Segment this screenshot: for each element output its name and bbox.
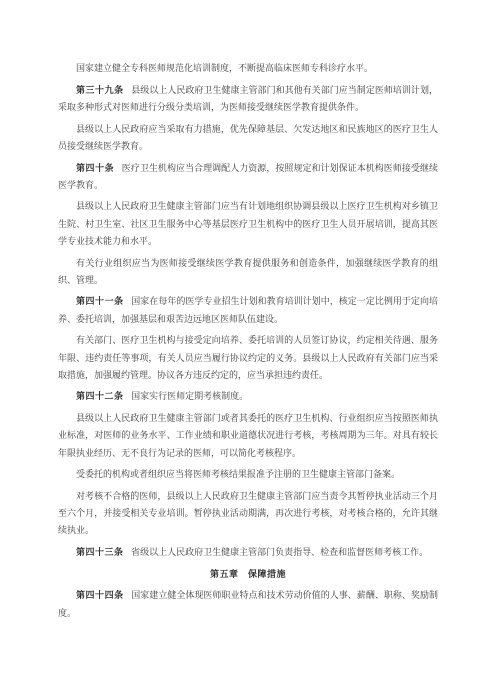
paragraph-text: 县级以上人民政府应当采取有力措施，优先保障基层、欠发达地区和民族地区的医疗卫生人…	[58, 124, 438, 151]
body-paragraph: 县级以上人民政府卫生健康主管部门或者其委托的医疗卫生机构、行业组织应当按照医师执…	[58, 410, 438, 462]
article-paragraph: 第四十条医疗卫生机构应当合理调配人力资源，按照规定和计划保证本机构医师接受继续医…	[58, 160, 438, 194]
article-paragraph: 第三十九条县级以上人民政府卫生健康主管部门和其他有关部门应当制定医师培训计划，采…	[58, 82, 438, 116]
document-page: 国家建立健全专科医师规范化培训制度，不断提高临床医师专科诊疗水平。第三十九条县级…	[0, 0, 494, 700]
document-body: 国家建立健全专科医师规范化培训制度，不断提高临床医师专科诊疗水平。第三十九条县级…	[58, 60, 438, 626]
body-paragraph: 受委托的机构或者组织应当将医师考核结果报准予注册的卫生健康主管部门备案。	[58, 466, 438, 483]
paragraph-text: 省级以上人民政府卫生健康主管部门负责指导、检查和监督医师考核工作。	[131, 547, 428, 557]
body-paragraph: 国家建立健全专科医师规范化培训制度，不断提高临床医师专科诊疗水平。	[58, 60, 438, 77]
chapter-heading: 第五章 保障措施	[58, 566, 438, 583]
body-paragraph: 有关行业组织应当为医师接受继续医学教育提供服务和创造条件，加强继续医学教育的组织…	[58, 255, 438, 289]
paragraph-text: 县级以上人民政府卫生健康主管部门或者其委托的医疗卫生机构、行业组织应当按照医师执…	[58, 413, 438, 457]
article-number: 第四十一条	[76, 296, 124, 306]
article-paragraph: 第四十三条省级以上人民政府卫生健康主管部门负责指导、检查和监督医师考核工作。	[58, 544, 438, 561]
article-paragraph: 第四十一条国家在每年的医学专业招生计划和教育培训计划中，核定一定比例用于定向培养…	[58, 293, 438, 327]
article-number: 第四十四条	[76, 590, 124, 600]
article-paragraph: 第四十二条国家实行医师定期考核制度。	[58, 388, 438, 405]
paragraph-text: 有关部门、医疗卫生机构与接受定向培养、委托培训的人员签订协议，约定相关待遇、服务…	[58, 335, 438, 379]
article-number: 第四十三条	[76, 547, 124, 557]
paragraph-text: 国家实行医师定期考核制度。	[131, 391, 248, 401]
paragraph-text: 对考核不合格的医师，县级以上人民政府卫生健康主管部门应当责令其暂停执业活动三个月…	[58, 491, 438, 535]
body-paragraph: 县级以上人民政府卫生健康主管部门应当有计划地组织协调县级以上医疗卫生机构对乡镇卫…	[58, 198, 438, 250]
paragraph-text: 国家建立健全专科医师规范化培训制度，不断提高临床医师专科诊疗水平。	[76, 63, 373, 73]
body-paragraph: 对考核不合格的医师，县级以上人民政府卫生健康主管部门应当责令其暂停执业活动三个月…	[58, 488, 438, 540]
paragraph-text: 受委托的机构或者组织应当将医师考核结果报准予注册的卫生健康主管部门备案。	[76, 469, 400, 479]
body-paragraph: 县级以上人民政府应当采取有力措施，优先保障基层、欠发达地区和民族地区的医疗卫生人…	[58, 121, 438, 155]
paragraph-text: 有关行业组织应当为医师接受继续医学教育提供服务和创造条件，加强继续医学教育的组织…	[58, 258, 438, 285]
paragraph-text: 县级以上人民政府卫生健康主管部门应当有计划地组织协调县级以上医疗卫生机构对乡镇卫…	[58, 201, 438, 245]
article-number: 第四十二条	[76, 391, 124, 401]
article-paragraph: 第四十四条国家建立健全体现医师职业特点和技术劳动价值的人事、薪酬、职称、奖励制度…	[58, 587, 438, 621]
body-paragraph: 有关部门、医疗卫生机构与接受定向培养、委托培训的人员签订协议，约定相关待遇、服务…	[58, 332, 438, 384]
article-number: 第四十条	[76, 163, 114, 173]
paragraph-text: 医疗卫生机构应当合理调配人力资源，按照规定和计划保证本机构医师接受继续医学教育。	[58, 163, 438, 190]
article-number: 第三十九条	[76, 85, 124, 95]
